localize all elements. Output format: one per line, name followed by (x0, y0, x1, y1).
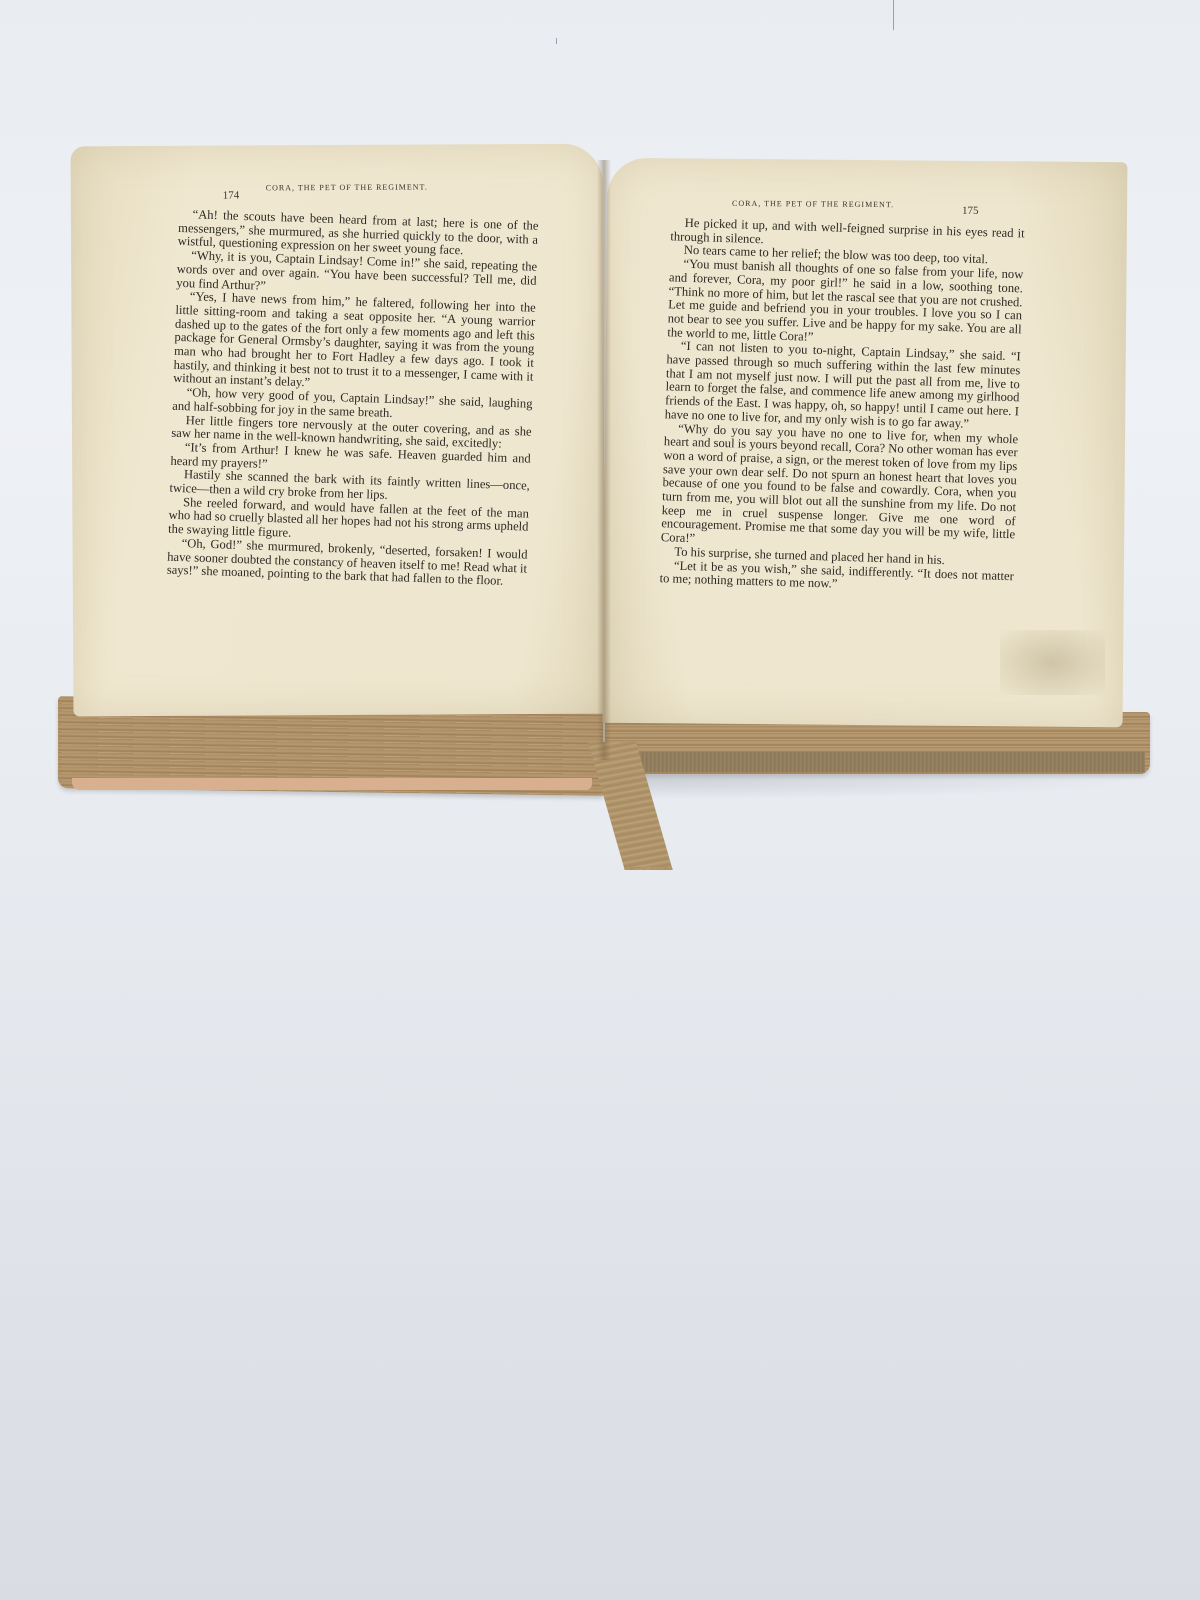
right-page-number: 175 (962, 205, 979, 217)
cloth-spine-binding (615, 752, 1145, 772)
surface-scratch (893, 0, 894, 30)
right-running-title: CORA, THE PET OF THE REGIMENT. (732, 199, 894, 209)
book-gutter (597, 160, 611, 760)
left-page-number: 174 (223, 190, 240, 202)
left-page-body: “Ah! the scouts have been heard from at … (167, 208, 539, 590)
left-page: 174 CORA, THE PET OF THE REGIMENT. “Ah! … (71, 144, 606, 717)
paragraph: “You must banish all thoughts of one so … (667, 257, 1023, 350)
left-cover-edge (72, 778, 592, 790)
paragraph: “Yes, I have news from him,” he faltered… (173, 290, 536, 398)
paragraph: “Why do you say you have no one to live … (661, 422, 1019, 556)
page-stain (1000, 630, 1105, 695)
paragraph: “I can not listen to you to-night, Capta… (665, 340, 1021, 433)
photo-scene: 174 CORA, THE PET OF THE REGIMENT. “Ah! … (0, 0, 1200, 1600)
surface-speck (556, 38, 557, 44)
left-running-title: CORA, THE PET OF THE REGIMENT. (266, 183, 428, 193)
right-page-body: He picked it up, and with well-feigned s… (659, 216, 1024, 597)
